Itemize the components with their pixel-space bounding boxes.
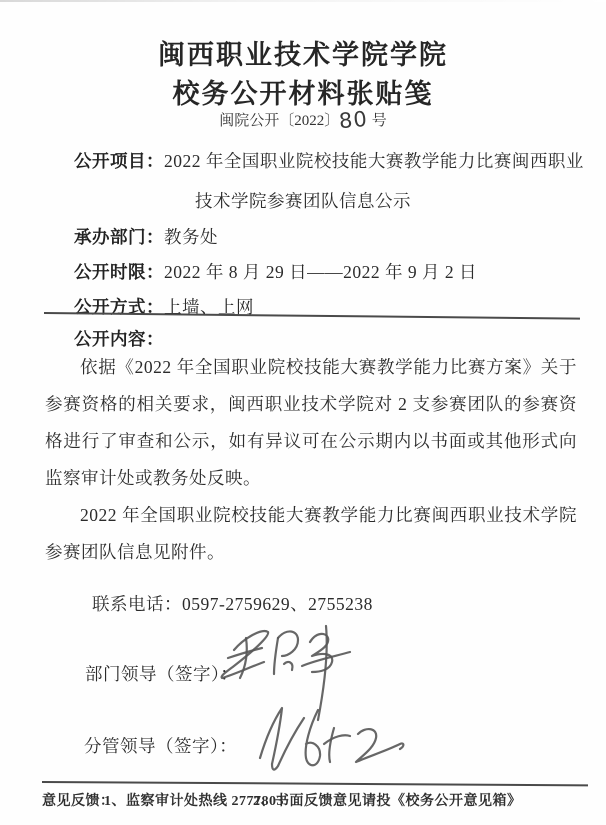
content-body: 依据《2022 年全国职业院校技能大赛教学能力比赛方案》关于参赛资格的相关要求，… bbox=[45, 349, 577, 571]
field-project: 公开项目：2022 年全国职业院校技能大赛教学能力比赛闽西职业 bbox=[74, 148, 584, 173]
posted-notice-document: 闽西职业技术学院学院 校务公开材料张贴笺 闽院公开〔2022〕80 号 公开项目… bbox=[0, 0, 606, 825]
feedback-item-2: 2、书面反馈意见请投《校务公开意见箱》 bbox=[253, 790, 522, 810]
document-number-handwritten: 80 bbox=[338, 107, 369, 133]
document-number-prefix: 闽院公开〔2022〕 bbox=[219, 113, 339, 129]
document-number: 闽院公开〔2022〕80 号 bbox=[0, 106, 606, 130]
content-paragraph-1: 依据《2022 年全国职业院校技能大赛教学能力比赛方案》关于参赛资格的相关要求，… bbox=[45, 349, 577, 497]
field-project-label: 公开项目： bbox=[74, 151, 164, 171]
scan-edge-artifact bbox=[0, 0, 606, 2]
document-number-suffix: 号 bbox=[372, 113, 387, 129]
content-paragraph-2: 2022 年全国职业院校技能大赛教学能力比赛闽西职业技术学院参赛团队信息见附件。 bbox=[45, 497, 577, 571]
charge-leader-signature-strokes bbox=[248, 694, 408, 786]
field-project-value-line1: 2022 年全国职业院校技能大赛教学能力比赛闽西职业 bbox=[164, 151, 584, 171]
contact-phone-value: 0597-2759629、2755238 bbox=[182, 594, 373, 614]
field-project-value-line2: 技术学院参赛团队信息公示 bbox=[0, 188, 606, 213]
charge-leader-sign-label: 分管领导（签字）： bbox=[84, 733, 237, 758]
field-period-label: 公开时限： bbox=[74, 262, 164, 282]
field-content-label: 公开内容： bbox=[74, 326, 164, 351]
contact-phone-label: 联系电话： bbox=[92, 594, 182, 614]
field-department-label: 承办部门： bbox=[74, 227, 164, 247]
document-title-line-1: 闽西职业技术学院学院 bbox=[0, 33, 606, 72]
field-period: 公开时限：2022 年 8 月 29 日——2022 年 9 月 2 日 bbox=[74, 259, 477, 284]
field-department-value: 教务处 bbox=[164, 227, 218, 247]
field-department: 承办部门：教务处 bbox=[74, 224, 218, 249]
field-period-value: 2022 年 8 月 29 日——2022 年 9 月 2 日 bbox=[164, 262, 477, 282]
content-section-label: 公开内容： bbox=[74, 329, 164, 349]
charge-leader-signature bbox=[248, 694, 408, 786]
